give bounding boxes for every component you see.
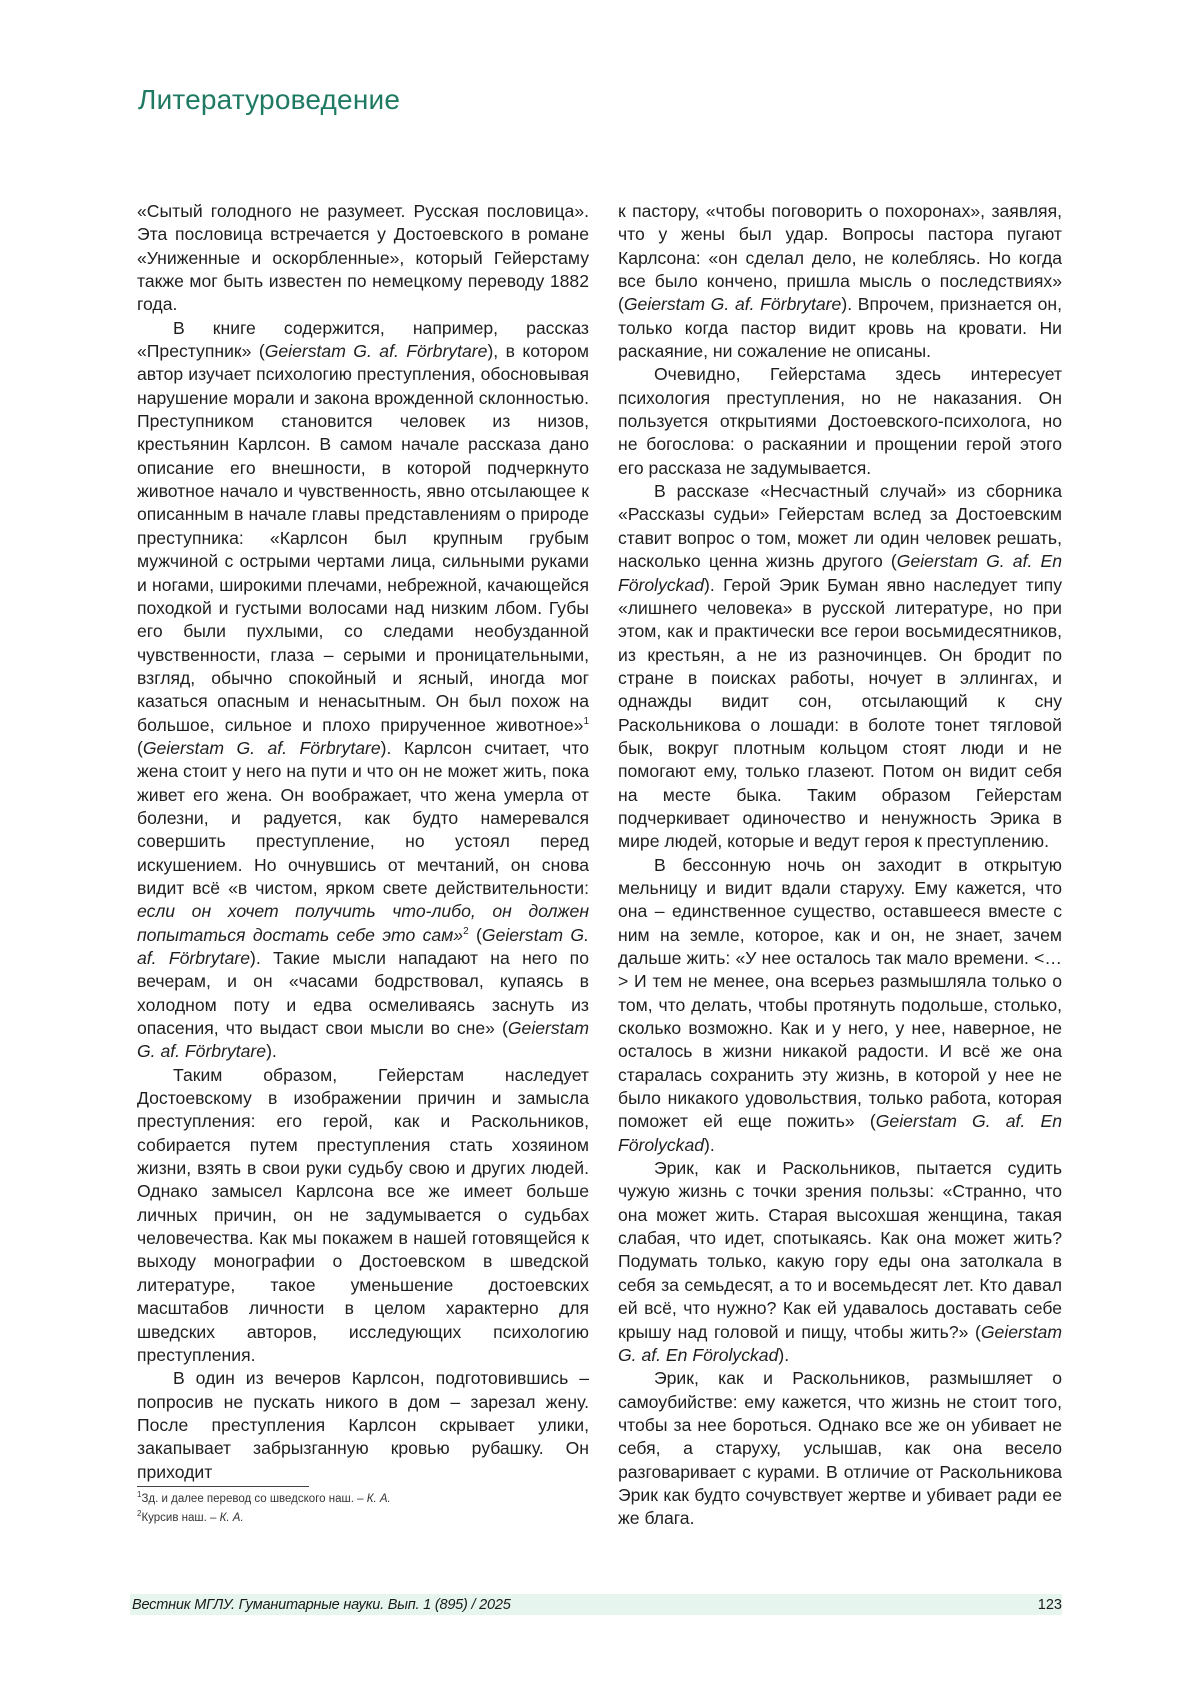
paragraph: Таким образом, Гейерстам наследует Досто… bbox=[137, 1064, 589, 1367]
paragraph-text: ), в котором автор изучает психологию пр… bbox=[137, 341, 589, 735]
paragraph: В рассказе «Несчастный случай» из сборни… bbox=[618, 480, 1062, 854]
paragraph-text: Очевидно, Гейерстама здесь интересует пс… bbox=[618, 364, 1062, 477]
footnote-author: К. А. bbox=[367, 1493, 391, 1505]
footnote-divider bbox=[137, 1486, 309, 1487]
paragraph-text: Эрик, как и Раскольников, пытается судит… bbox=[618, 1158, 1062, 1341]
right-column: к пастору, «чтобы поговорить о похоронах… bbox=[618, 200, 1062, 1531]
paragraph: Очевидно, Гейерстама здесь интересует пс… bbox=[618, 363, 1062, 480]
paragraph: В книге содержится, например, рассказ «П… bbox=[137, 317, 589, 1064]
page-number: 123 bbox=[1038, 1597, 1062, 1613]
footnote-ref-1[interactable]: 1 bbox=[583, 716, 589, 727]
paragraph: «Сытый голодного не разумеет. Русская по… bbox=[137, 200, 589, 317]
footnote-text: Курсив наш. – bbox=[141, 1512, 219, 1524]
paragraph: Эрик, как и Раскольников, пытается судит… bbox=[618, 1157, 1062, 1367]
footnote-2: 2Курсив наш. – К. А. bbox=[137, 1509, 391, 1528]
left-column: «Сытый голодного не разумеет. Русская по… bbox=[137, 200, 589, 1484]
paragraph-text: ). bbox=[704, 1135, 715, 1155]
paragraph-text: ). Герой Эрик Буман явно наследует типу … bbox=[618, 575, 1062, 852]
citation: Geierstam G. af. Förbrytare bbox=[143, 738, 381, 758]
paragraph: В бессонную ночь он заходит в открытую м… bbox=[618, 854, 1062, 1157]
paragraph-text: Таким образом, Гейерстам наследует Досто… bbox=[137, 1065, 589, 1365]
footnote-author: К. А. bbox=[220, 1512, 244, 1524]
paragraph-text: Эрик, как и Раскольников, размышляет о с… bbox=[618, 1368, 1062, 1528]
paragraph: к пастору, «чтобы поговорить о похоронах… bbox=[618, 200, 1062, 363]
paragraph-text: «Сытый голодного не разумеет. Русская по… bbox=[137, 201, 589, 314]
paragraph-text: ). bbox=[266, 1041, 277, 1061]
footnote-1: 1Зд. и далее перевод со шведского наш. –… bbox=[137, 1490, 391, 1509]
section-title: Литературоведение bbox=[138, 84, 400, 116]
paragraph-text: В бессонную ночь он заходит в открытую м… bbox=[618, 855, 1062, 1132]
page-footer: Вестник МГЛУ. Гуманитарные науки. Вып. 1… bbox=[130, 1594, 1062, 1615]
journal-title: Вестник МГЛУ. Гуманитарные науки. Вып. 1… bbox=[130, 1597, 511, 1613]
citation: Geierstam G. af. Förbrytare bbox=[624, 294, 841, 314]
paragraph-text: ). Карлсон считает, что жена стоит у нег… bbox=[137, 738, 589, 898]
paragraph-text: В один из вечеров Карлсон, подготовившис… bbox=[137, 1368, 589, 1481]
footnote-text: Зд. и далее перевод со шведского наш. – bbox=[141, 1493, 366, 1505]
citation: Geierstam G. af. Förbrytare bbox=[265, 341, 488, 361]
paragraph-text: ( bbox=[469, 925, 482, 945]
paragraph: В один из вечеров Карлсон, подготовившис… bbox=[137, 1367, 589, 1484]
footnotes: 1Зд. и далее перевод со шведского наш. –… bbox=[137, 1490, 391, 1528]
paragraph: Эрик, как и Раскольников, размышляет о с… bbox=[618, 1367, 1062, 1530]
paragraph-text: ). bbox=[778, 1345, 789, 1365]
